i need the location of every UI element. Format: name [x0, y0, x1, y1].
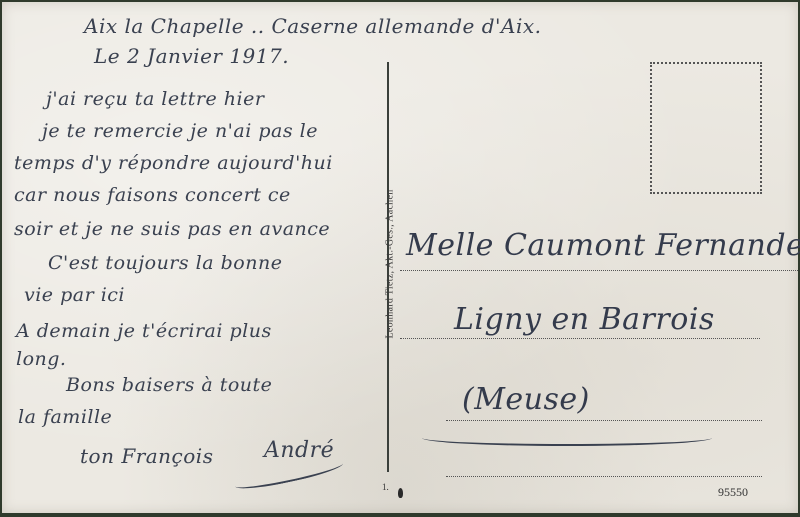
address-dotted-line-2 — [400, 338, 760, 339]
message-line: Bons baisers à toute — [66, 374, 272, 396]
signature: André — [264, 438, 334, 463]
postcard: Aix la Chapelle .. Caserne allemande d'A… — [2, 2, 798, 513]
address-line-1: Melle Caumont Fernande — [406, 228, 800, 263]
message-line: la famille — [18, 406, 112, 428]
address-line-2: Ligny en Barrois — [454, 302, 715, 337]
message-line: soir et je ne suis pas en avance — [14, 218, 330, 240]
address-line-3: (Meuse) — [462, 382, 590, 417]
date-line: Le 2 Janvier 1917. — [94, 44, 289, 68]
message-line: j'ai reçu ta lettre hier — [46, 88, 264, 110]
message-line: vie par ici — [24, 284, 125, 306]
stamp-box — [650, 62, 762, 194]
message-line: long. — [16, 348, 66, 370]
closing: ton François — [80, 444, 213, 468]
address-dotted-line-4 — [446, 476, 762, 477]
publisher-credit: Leonhard Tietz, Akt.-Ges., Aachen — [385, 189, 396, 338]
address-dotted-line-1 — [400, 270, 798, 271]
message-line: je te remercie je n'ai pas le — [42, 120, 318, 142]
message-line: temps d'y répondre aujourd'hui — [14, 152, 333, 174]
message-line: car nous faisons concert ce — [14, 184, 291, 206]
address-dotted-line-3 — [446, 420, 762, 421]
message-line: A demain je t'écrirai plus — [16, 320, 272, 342]
ink-blot — [398, 488, 403, 498]
address-flourish — [422, 430, 712, 446]
location-line: Aix la Chapelle .. Caserne allemande d'A… — [84, 14, 542, 38]
series-mark: 1. — [382, 482, 389, 492]
card-number: 95550 — [718, 485, 748, 500]
message-line: C'est toujours la bonne — [48, 252, 282, 274]
